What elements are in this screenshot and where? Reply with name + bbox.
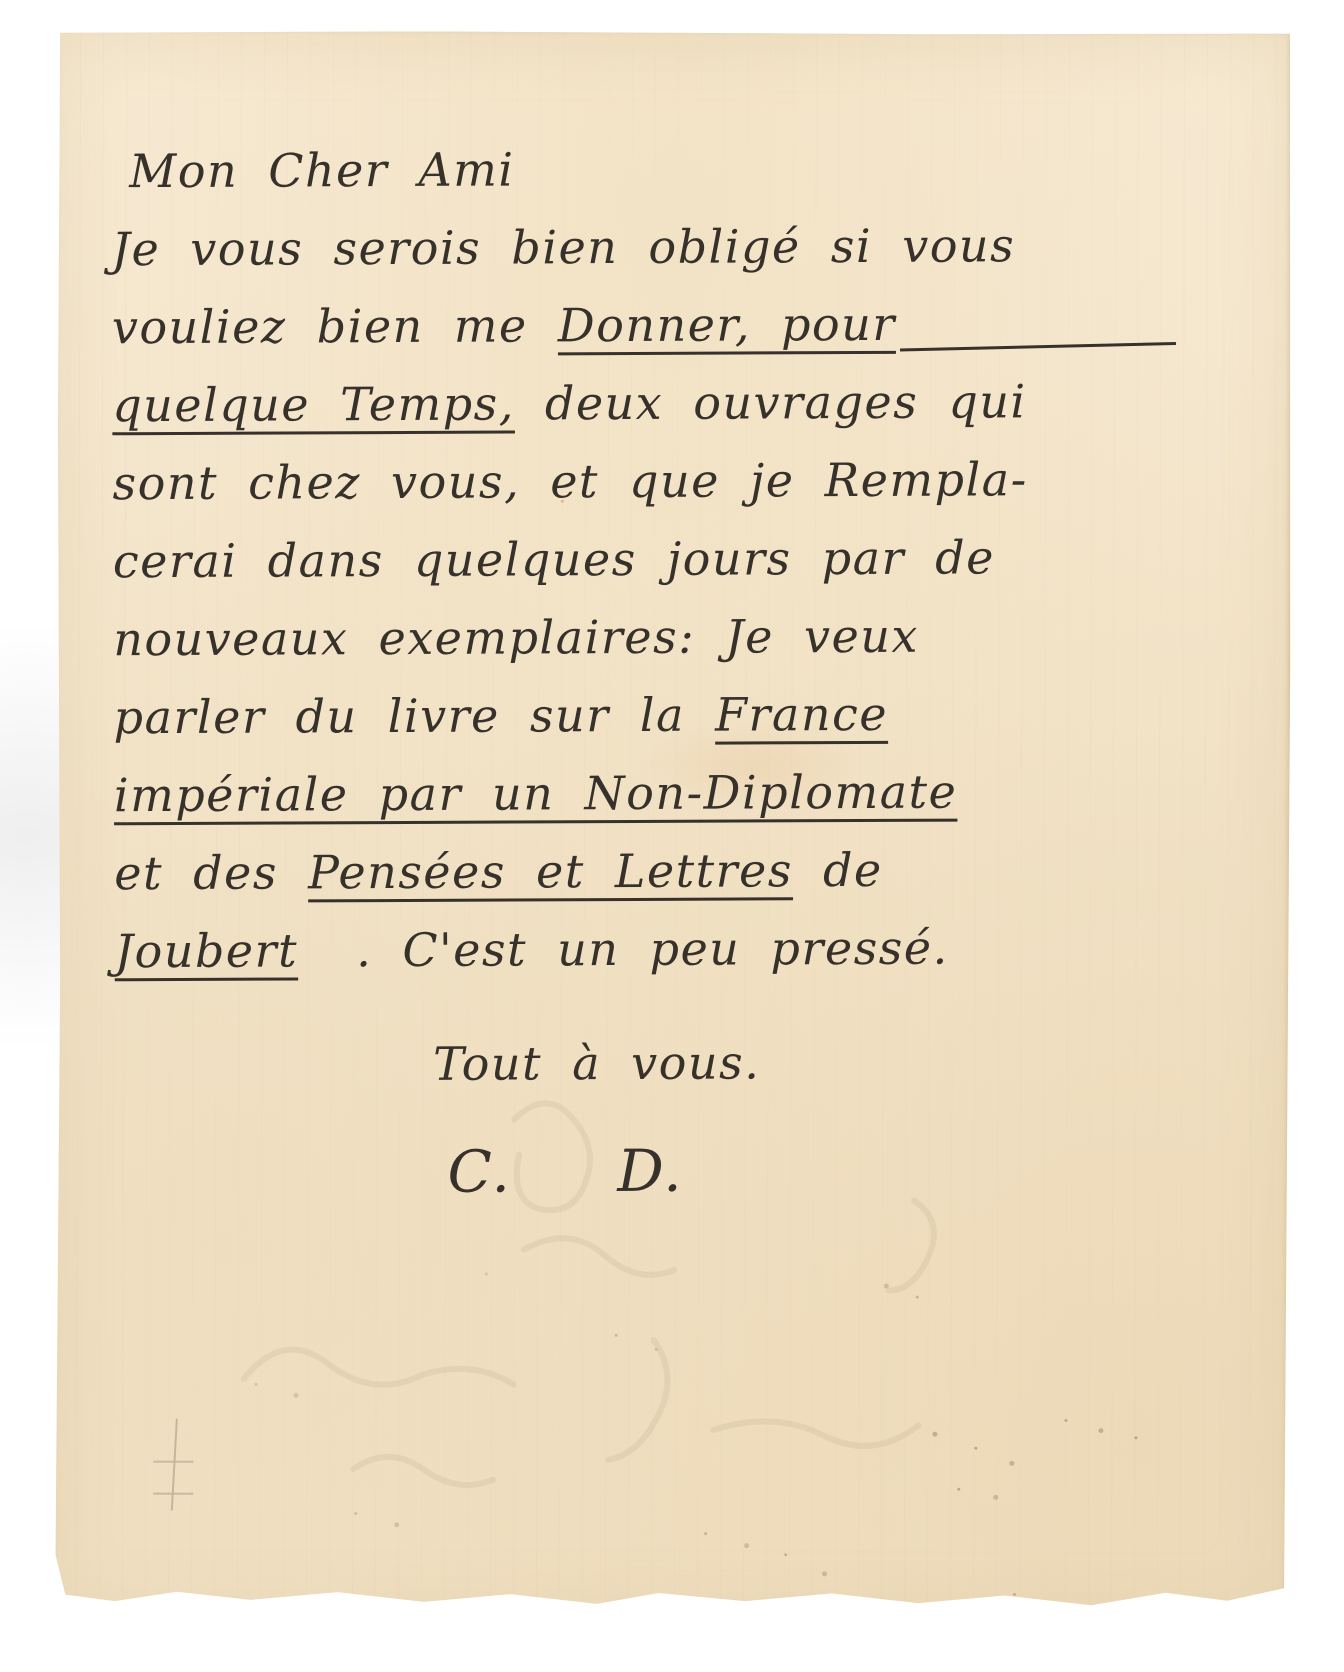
- scan-background: Mon Cher Ami Je vous serois bien obligé …: [0, 0, 1344, 1672]
- pencil-mark-tick: [153, 1493, 193, 1495]
- underline-extension: [896, 284, 1178, 363]
- underlined-text-segment: Donner, pour: [558, 285, 896, 364]
- signature-initials: C. D.: [447, 1137, 683, 1206]
- letter-line: quelque Temps, deux ouvrages qui: [112, 362, 1178, 445]
- pencil-mark: [153, 1419, 197, 1511]
- letter-text-segment: vouliez bien me: [112, 286, 558, 366]
- pencil-mark-vertical: [171, 1419, 178, 1511]
- letter-paper: Mon Cher Ami Je vous serois bien obligé …: [53, 30, 1293, 1621]
- underlined-text-segment: France: [715, 687, 888, 742]
- letter-text-segment: nouveaux exemplaires: Je veux: [113, 609, 919, 667]
- letter-line: et des Pensées et Lettres de: [114, 830, 1180, 913]
- letter-line: vouliez bien me Donner, pour: [112, 284, 1178, 367]
- letter-text-segment: Mon Cher Ami: [129, 143, 514, 199]
- letter-signature: C. D.: [447, 1130, 1181, 1211]
- letter-line: cerai dans quelques jours par de: [113, 518, 1179, 601]
- pencil-mark-tick: [153, 1461, 193, 1463]
- letter-text-segment: parler du livre sur la: [113, 688, 715, 745]
- letter-text-segment: Je vous serois bien obligé si vous: [111, 218, 1015, 276]
- letter-text-segment: de: [793, 843, 883, 897]
- underlined-text-segment: Pensées et Lettres: [308, 843, 793, 899]
- underlined-text-segment: quelque Temps,: [112, 377, 515, 433]
- letter-line: parler du livre sur la France: [113, 674, 1179, 757]
- letter-line: impériale par un Non-Diplomate: [114, 752, 1180, 835]
- letter-text-segment: Tout à vous.: [433, 1035, 760, 1090]
- letter-text-segment: et des: [114, 845, 308, 900]
- underlined-text-segment: impériale par un Non-Diplomate: [114, 765, 958, 823]
- letter-body: Mon Cher Ami Je vous serois bien obligé …: [111, 128, 1182, 1213]
- letter-line: Joubert . C'est un peu pressé.: [114, 908, 1180, 991]
- letter-line: sont chez vous, et que je Rempla-: [112, 440, 1178, 523]
- letter-text-segment: sont chez vous, et que je Rempla-: [112, 452, 1027, 510]
- letter-line-salutation: Mon Cher Ami: [129, 128, 1177, 211]
- letter-text-segment: deux ouvrages qui: [515, 374, 1027, 430]
- letter-line: nouveaux exemplaires: Je veux: [113, 596, 1179, 679]
- letter-text-segment: cerai dans quelques jours par de: [113, 530, 995, 588]
- letter-line: Je vous serois bien obligé si vous: [111, 206, 1177, 289]
- paper-speckles: [57, 30, 60, 33]
- letter-text-segment: . C'est un peu pressé.: [326, 921, 949, 978]
- letter-closing: Tout à vous.: [433, 1022, 1181, 1103]
- underlined-text-segment: Joubert: [115, 923, 299, 978]
